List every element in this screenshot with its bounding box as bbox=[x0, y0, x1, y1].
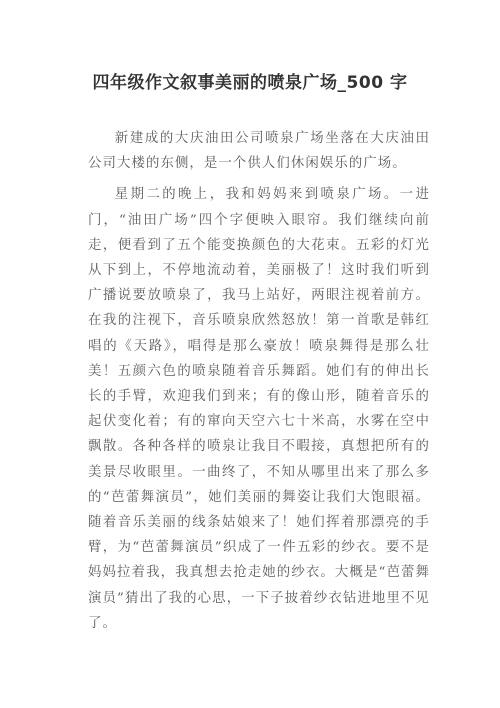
document-page: 四年级作文叙事美丽的喷泉广场_500 字 新建成的大庆油田公司喷泉广场坐落在大庆… bbox=[0, 0, 500, 708]
paragraph: 新建成的大庆油田公司喷泉广场坐落在大庆油田公司大楼的东侧，是一个供人们休闲娱乐的… bbox=[88, 126, 430, 176]
paragraph: 星期二的晚上，我和妈妈来到喷泉广场。一进门，“油田广场”四个字便映入眼帘。我们继… bbox=[88, 182, 430, 636]
document-body: 新建成的大庆油田公司喷泉广场坐落在大庆油田公司大楼的东侧，是一个供人们休闲娱乐的… bbox=[88, 126, 430, 642]
document-title: 四年级作文叙事美丽的喷泉广场_500 字 bbox=[0, 68, 500, 93]
